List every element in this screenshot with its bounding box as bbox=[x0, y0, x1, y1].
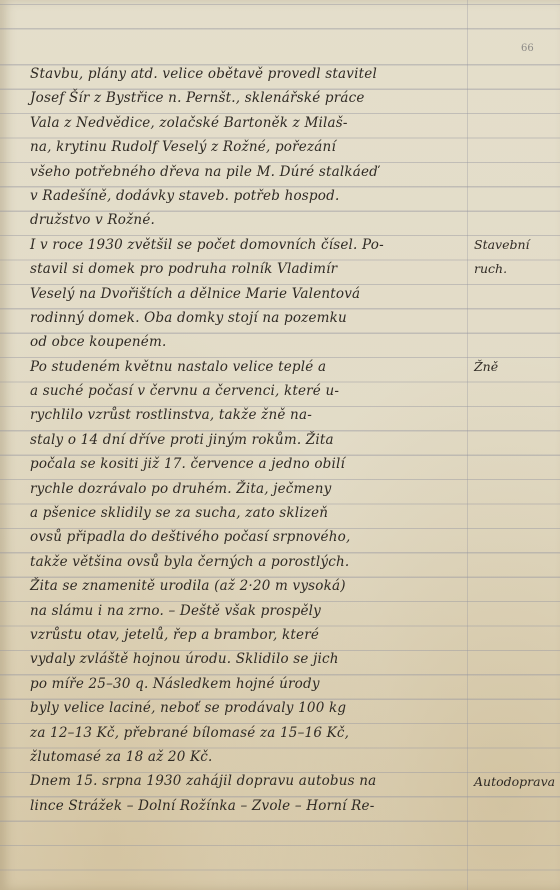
text-line: byly velice laciné, neboť se prodávaly 1… bbox=[30, 696, 468, 720]
text-line: lince Strážek – Dolní Rožínka – Zvole – … bbox=[30, 794, 468, 818]
text-line: a pšenice sklidily se za sucha, zato skl… bbox=[30, 501, 468, 525]
text-line: na, krytinu Rudolf Veselý z Rožné, pořez… bbox=[30, 135, 468, 159]
text-line: Veselý na Dvořištích a dělnice Marie Val… bbox=[30, 282, 468, 306]
page-number: 66 bbox=[521, 43, 534, 54]
text-line: na slámu i na zrno. – Deště však prospěl… bbox=[30, 599, 468, 623]
text-line: rodinný domek. Oba domky stojí na pozemk… bbox=[30, 306, 468, 330]
margin-note: Žně bbox=[474, 355, 498, 379]
text-line: vydaly zvláště hojnou úrodu. Sklidilo se… bbox=[30, 647, 468, 671]
text-line: Dnem 15. srpna 1930 zahájil dopravu auto… bbox=[30, 769, 468, 793]
text-line: Vala z Nedvědice, zolačské Bartoněk z Mi… bbox=[30, 111, 468, 135]
text-line: stavil si domek pro podruha rolník Vladi… bbox=[30, 257, 468, 281]
text-line: staly o 14 dní dříve proti jiným rokům. … bbox=[30, 428, 468, 452]
text-line: rychle dozrávalo po druhém. Žita, ječmen… bbox=[30, 477, 468, 501]
text-line: takže většina ovsů byla černých a porost… bbox=[30, 550, 468, 574]
margin-note: ruch. bbox=[474, 257, 507, 281]
handwritten-text-body: Stavbu, plány atd. velice obětavě proved… bbox=[30, 62, 468, 818]
text-line: v Radešíně, dodávky staveb. potřeb hospo… bbox=[30, 184, 468, 208]
text-line: vzrůstu otav, jetelů, řep a brambor, kte… bbox=[30, 623, 468, 647]
text-line: počala se kositi již 17. července a jedn… bbox=[30, 452, 468, 476]
margin-note: Autodoprava bbox=[474, 770, 555, 794]
text-line: a suché počasí v červnu a červenci, kter… bbox=[30, 379, 468, 403]
text-line: za 12–13 Kč, přebrané bílomasé za 15–16 … bbox=[30, 721, 468, 745]
text-line: Stavbu, plány atd. velice obětavě proved… bbox=[30, 62, 468, 86]
text-line: od obce koupeném. bbox=[30, 330, 468, 354]
text-line: ovsů připadla do deštivého počasí srpnov… bbox=[30, 525, 468, 549]
text-line: Žita se znamenitě urodila (až 2·20 m vys… bbox=[30, 574, 468, 598]
text-line: družstvo v Rožné. bbox=[30, 208, 468, 232]
text-line: Josef Šír z Bystřice n. Pernšt., sklenář… bbox=[30, 86, 468, 110]
text-line: všeho potřebného dřeva na pile M. Dúré s… bbox=[30, 160, 468, 184]
chronicle-page: 66 Stavbu, plány atd. velice obětavě pro… bbox=[0, 0, 560, 890]
text-line: po míře 25–30 q. Následkem hojné úrody bbox=[30, 672, 468, 696]
margin-note: Stavební bbox=[474, 233, 530, 257]
text-line: Po studeném květnu nastalo velice teplé … bbox=[30, 355, 468, 379]
text-line: rychlilo vzrůst rostlinstva, takže žně n… bbox=[30, 403, 468, 427]
text-line: žlutomasé za 18 až 20 Kč. bbox=[30, 745, 468, 769]
text-line: I v roce 1930 zvětšil se počet domovních… bbox=[30, 233, 468, 257]
